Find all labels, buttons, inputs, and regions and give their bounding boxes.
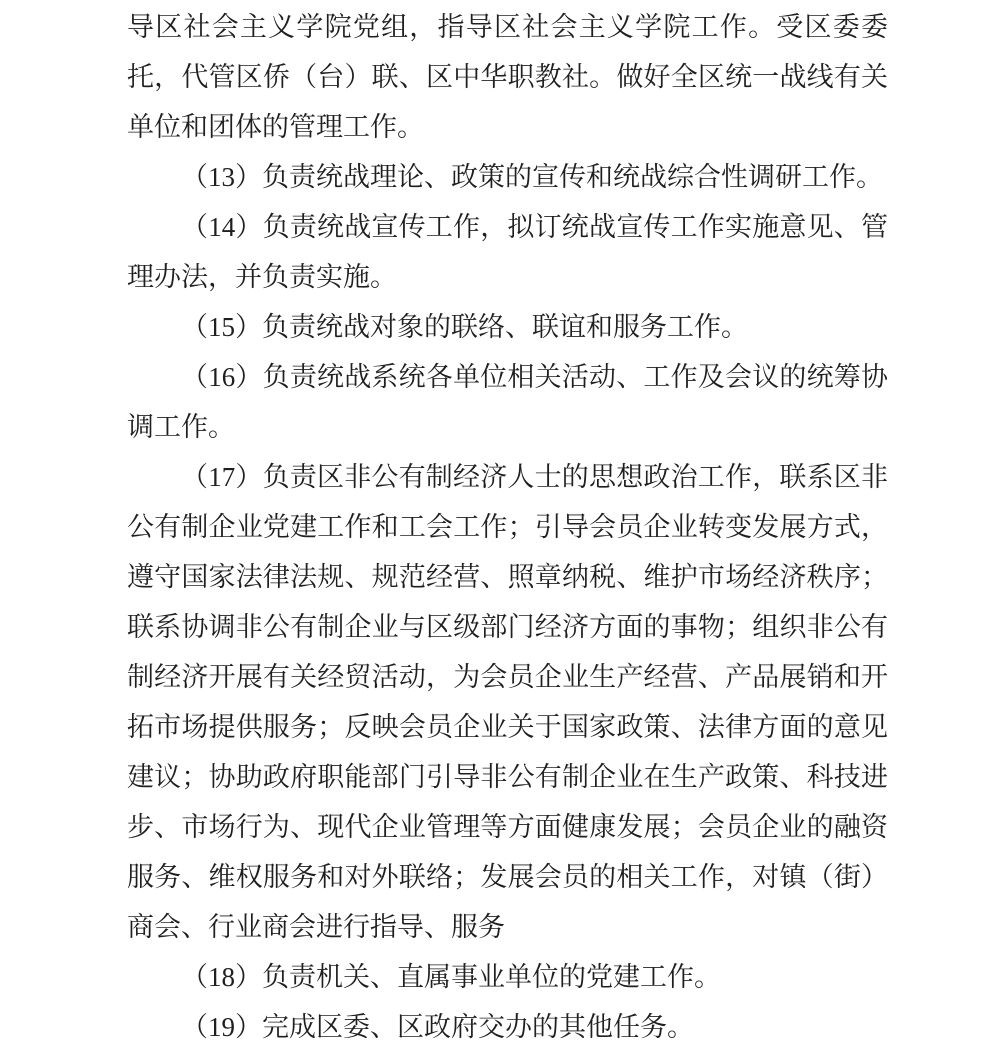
- paragraph-item-13: （13）负责统战理论、政策的宣传和统战综合性调研工作。: [127, 152, 888, 202]
- paragraph-item-14: （14）负责统战宣传工作，拟订统战宣传工作实施意见、管理办法，并负责实施。: [127, 202, 888, 302]
- paragraph-para-continuation: 导区社会主义学院党组，指导区社会主义学院工作。受区委委托，代管区侨（台）联、区中…: [127, 2, 888, 152]
- paragraph-item-19: （19）完成区委、区政府交办的其他任务。: [127, 1002, 888, 1052]
- document-page: 导区社会主义学院党组，指导区社会主义学院工作。受区委委托，代管区侨（台）联、区中…: [0, 0, 1000, 1053]
- paragraph-item-18: （18）负责机关、直属事业单位的党建工作。: [127, 952, 888, 1002]
- paragraph-item-15: （15）负责统战对象的联络、联谊和服务工作。: [127, 302, 888, 352]
- paragraph-item-16: （16）负责统战系统各单位相关活动、工作及会议的统筹协调工作。: [127, 352, 888, 452]
- document-body: 导区社会主义学院党组，指导区社会主义学院工作。受区委委托，代管区侨（台）联、区中…: [0, 0, 1000, 1052]
- paragraph-item-17: （17）负责区非公有制经济人士的思想政治工作，联系区非公有制企业党建工作和工会工…: [127, 452, 888, 952]
